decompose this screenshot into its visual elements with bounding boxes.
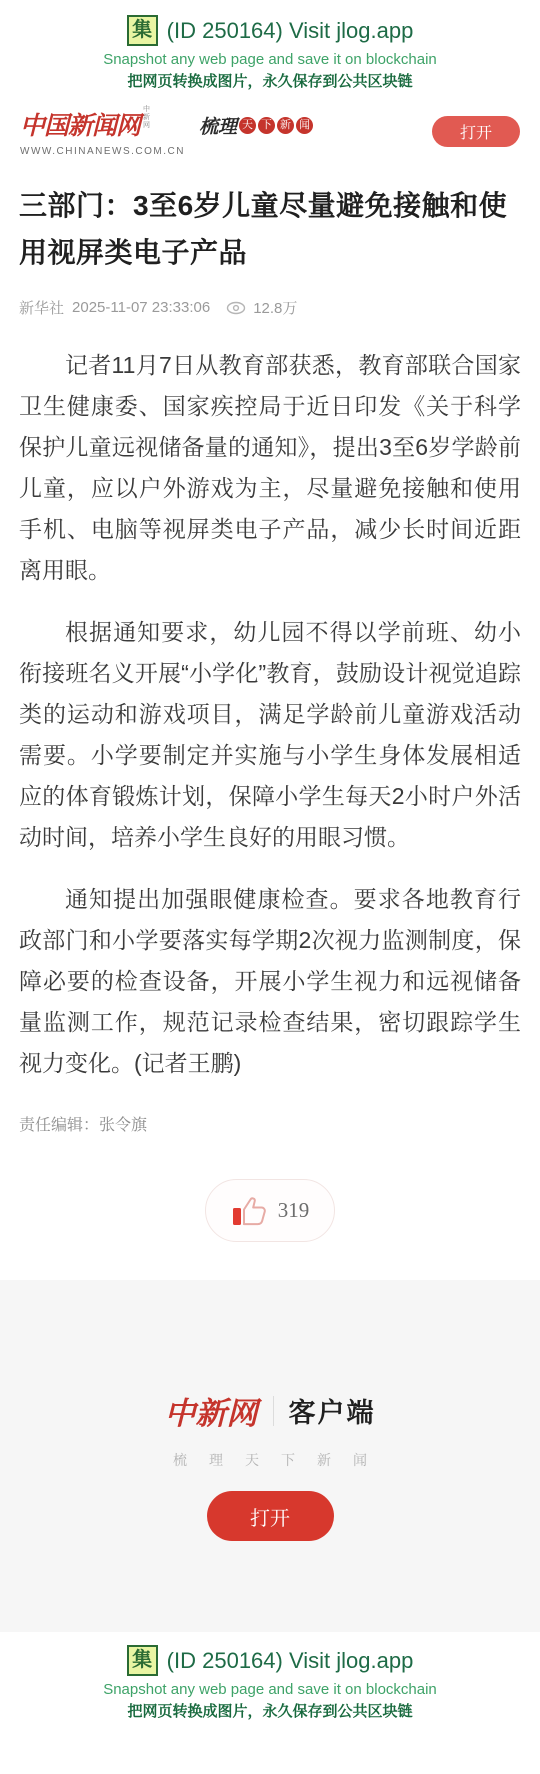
like-row: 319 (0, 1179, 540, 1242)
jlog-tagline-en: Snapshot any web page and save it on blo… (0, 51, 540, 68)
slogan-badge: 闻 (296, 117, 313, 134)
slogan-prefix: 梳理 (199, 112, 237, 139)
article-paragraph: 通知提出加强眼健康检查。要求各地教育行政部门和小学要落实每学期2次视力监测制度，… (19, 879, 521, 1084)
open-app-button-footer[interactable]: 打开 (207, 1491, 334, 1541)
footer-app-promo: 中新网 客户端 梳理天下新闻 打开 (0, 1280, 540, 1632)
jlog-banner-bottom: 集 (ID 250164) Visit jlog.app Snapshot an… (0, 1632, 540, 1721)
article-body: 记者11月7日从教育部获悉，教育部联合国家卫生健康委、国家疾控局于近日印发《关于… (19, 345, 521, 1084)
jlog-id-text: (ID 250164) Visit jlog.app (167, 1648, 414, 1674)
app-logo: 中新网 客户端 (165, 1388, 376, 1433)
like-button[interactable]: 319 (205, 1179, 335, 1242)
article-timestamp: 2025-11-07 23:33:06 (72, 299, 210, 316)
slogan-badge: 新 (277, 117, 294, 134)
chinanews-url: WWW.CHINANEWS.COM.CN (20, 146, 185, 157)
app-logo-text: 中新网 (165, 1388, 258, 1433)
views-eye-icon (226, 300, 246, 316)
thumbs-up-icon (231, 1195, 267, 1227)
views-count: 12.8万 (253, 297, 297, 318)
editor-credit: 责任编辑：张令旗 (19, 1112, 521, 1135)
slogan-badge: 天 (239, 117, 256, 134)
jlog-tagline-zh: 把网页转换成图片，永久保存到公共区块链 (0, 1700, 540, 1721)
app-slogan: 梳理天下新闻 (151, 1450, 389, 1470)
jlog-banner-top: 集 (ID 250164) Visit jlog.app Snapshot an… (0, 0, 540, 91)
article: 三部门：3至6岁儿童尽量避免接触和使用视屏类电子产品 新华社 2025-11-0… (0, 182, 540, 1135)
jlog-link[interactable]: 集 (ID 250164) Visit jlog.app (127, 15, 414, 46)
jlog-tagline-zh: 把网页转换成图片，永久保存到公共区块链 (0, 70, 540, 91)
jlog-id-text: (ID 250164) Visit jlog.app (167, 18, 414, 44)
chinanews-logo-text: 中国新闻网 (20, 106, 140, 142)
jlog-tagline-en: Snapshot any web page and save it on blo… (0, 1681, 540, 1698)
logo-divider (273, 1396, 274, 1426)
article-paragraph: 记者11月7日从教育部获悉，教育部联合国家卫生健康委、国家疾控局于近日印发《关于… (19, 345, 521, 591)
jlog-link[interactable]: 集 (ID 250164) Visit jlog.app (127, 1645, 414, 1676)
like-count: 319 (278, 1198, 310, 1223)
slogan-badge: 下 (258, 117, 275, 134)
article-source: 新华社 (19, 297, 64, 318)
chinanews-logo[interactable]: 中国新闻网 中 新 网 WWW.CHINANEWS.COM.CN (20, 106, 185, 157)
site-header: 中国新闻网 中 新 网 WWW.CHINANEWS.COM.CN 梳理 天 下 … (0, 101, 540, 161)
slogan-graphic: 梳理 天 下 新 闻 (199, 112, 313, 139)
article-paragraph: 根据通知要求，幼儿园不得以学前班、幼小衔接班名义开展“小学化”教育，鼓励设计视觉… (19, 612, 521, 858)
open-app-button-header[interactable]: 打开 (432, 116, 520, 147)
chinanews-logo-side: 中 新 网 (143, 106, 150, 130)
article-title: 三部门：3至6岁儿童尽量避免接触和使用视屏类电子产品 (19, 182, 521, 276)
jlog-logo-icon: 集 (127, 1645, 158, 1676)
app-logo-suffix: 客户端 (289, 1391, 376, 1430)
jlog-logo-icon: 集 (127, 15, 158, 46)
article-byline: 新华社 2025-11-07 23:33:06 12.8万 (19, 297, 521, 318)
